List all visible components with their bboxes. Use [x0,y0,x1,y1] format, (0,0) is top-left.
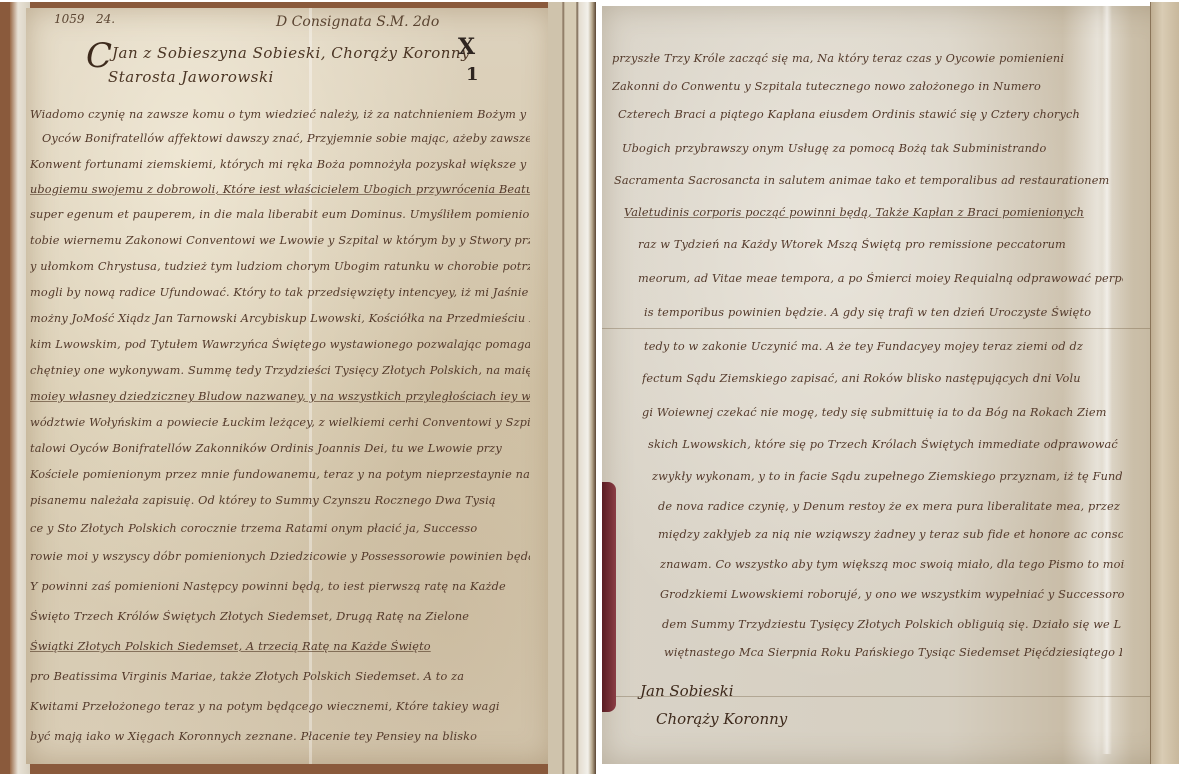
manuscript-line: talowi Oyców Bonifratellów Zakonników Or… [30,442,530,455]
manuscript-line: Valetudinis corporis począć powinni będą… [624,206,1124,219]
manuscript-line: meorum, ad Vitae meae tempora, a po Śmie… [638,272,1123,285]
manuscript-line: Kościele pomienionym przez mnie fundowan… [30,468,530,481]
manuscript-line: pro Beatissima Virginis Mariae, także Zł… [30,670,530,683]
manuscript-line: tobie wiernemu Zakonowi Conventowi we Lw… [30,234,530,247]
item-number: 24. [96,12,115,26]
manuscript-line: Konwent fortunami ziemskiemi, których mi… [30,158,530,171]
manuscript-line: Świątki Złotych Polskich Siedemset, A tr… [30,640,530,653]
manuscript-line: ce y Sto Złotych Polskich corocznie trze… [30,522,530,535]
manuscript-line: tedy to w zakonie Uczynić ma. A że tey F… [644,340,1124,353]
page-edges [548,2,596,774]
consignation-note: D Consignata S.M. 2do [276,14,439,30]
manuscript-line: mogli by nową radice Ufundować. Który to… [30,286,530,299]
fold-crease [602,328,1178,329]
manuscript-line: super egenum et pauperem, in die mala li… [30,208,530,221]
manuscript-line: Wiadomo czynię na zawsze komu o tym wied… [30,108,530,121]
manuscript-line: de nova radice czynię, y Denum restoy że… [658,500,1123,513]
manuscript-line: is temporibus powinien będzie. A gdy się… [644,306,1124,319]
left-page-photo: 1059 24. D Consignata S.M. 2do C Jan z S… [0,2,596,774]
manuscript-line: znawam. Co wszystko aby tym większą moc … [660,558,1125,571]
manuscript-line: Zakonni do Conwentu y Szpitala tuteczneg… [612,80,1117,93]
right-page-photo: przyszłe Trzy Króle zacząć się ma, Na kt… [602,2,1200,774]
manuscript-line: Oyców Bonifratellów affektowi dawszy zna… [42,132,530,145]
manuscript-line: dem Summy Trzydziestu Tysięcy Złotych Po… [662,618,1122,631]
manuscript-line: między zakłyjeb za nią nie wziąwszy żadn… [658,528,1123,541]
manuscript-line: zwykły wykonam, y to in facie Sądu zupeł… [652,470,1122,483]
manuscript-line: Sacramenta Sacrosancta in salutem animae… [614,174,1124,187]
manuscript-line: rowie moi y wszyscy dóbr pomienionych Dz… [30,550,530,563]
manuscript-line: Ubogich przybrawszy onym Usługę za pomoc… [622,142,1122,155]
right-parchment: przyszłe Trzy Króle zacząć się ma, Na kt… [602,6,1178,764]
holding-thumb [602,482,616,712]
left-parchment: 1059 24. D Consignata S.M. 2do C Jan z S… [26,8,554,764]
manuscript-line: fectum Sądu Ziemskiego zapisać, ani Rokó… [642,372,1122,385]
manuscript-line: skich Lwowskich, które się po Trzech Kró… [648,438,1123,451]
manuscript-line: Y powinni zaś pomienioni Następcy powinn… [30,580,530,593]
manuscript-line: chętniey one wykonywam. Summę tedy Trzyd… [30,364,530,377]
manuscript-line: możny JoMość Xiądz Jan Tarnowski Arcybis… [30,312,530,325]
page-edge [1150,2,1179,764]
manuscript-line: moiey własney dziedziczney Bludow nazwan… [30,390,530,403]
manuscript-line: Święto Trzech Królów Świętych Złotych Si… [30,610,530,623]
manuscript-line: raz w Tydzień na Każdy Wtorek Mszą Święt… [638,238,1123,251]
manuscript-line: ubogiemu swojemu z dobrowoli, Które iest… [30,183,530,196]
manuscript-line: y ułomkom Chrystusa, tudzież tym ludziom… [30,260,530,273]
manuscript-line: Grodzkiemi Lwowskiemi roborujé, y ono we… [660,588,1125,601]
title-line-2: Starosta Jaworowski [108,68,274,86]
manuscript-line: być mają iako w Xięgach Koronnych zeznan… [30,730,530,743]
folio-number: 1059 [54,12,85,26]
manuscript-line: więtnastego Mca Sierpnia Roku Pańskiego … [664,646,1122,659]
manuscript-line: Czterech Braci a piątego Kapłana eiusdem… [618,108,1118,121]
signature-name: Jan Sobieski [640,682,734,700]
manuscript-line: gi Woiewnej czekać nie mogę, tedy się su… [642,406,1122,419]
title-line-1: Jan z Sobieszyna Sobieski, Chorąży Koron… [112,44,470,62]
signature: Jan Sobieski Chorąży Koronny [632,682,832,762]
manuscript-line: wództwie Wołyńskim a powiecie Łuckim leż… [30,416,530,429]
manuscript-line: Kwitami Przełożonego teraz y na potym bę… [30,700,530,713]
manuscript-line: przyszłe Trzy Króle zacząć się ma, Na kt… [612,52,1082,65]
manuscript-line: kim Lwowskim, pod Tytułem Wawrzyńca Świę… [30,338,530,351]
manuscript-line: pisanemu należała zapisuię. Od którey to… [30,494,530,507]
margin-mark-1: 1 [466,64,479,85]
margin-mark-x: X [458,34,475,60]
signature-title: Chorąży Koronny [656,710,787,728]
